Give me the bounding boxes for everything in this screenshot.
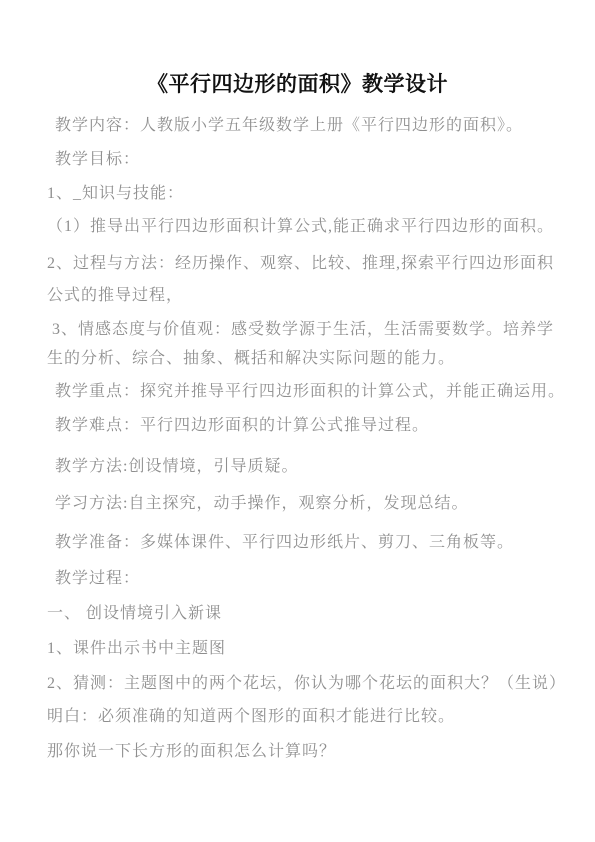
doc-line-goal3-part2: 生的分析、综合、抽象、概括和解决实际问题的能力。 — [47, 348, 565, 370]
doc-line-goal2-part2: 公式的推导过程， — [47, 285, 565, 307]
doc-line-teaching-method: 教学方法:创设情境，引导质疑。 — [47, 456, 565, 478]
doc-line-step1: 1、课件出示书中主题图 — [47, 638, 565, 660]
doc-line-key-point: 教学重点：探究并推导平行四边形面积的计算公式，并能正确运用。 — [47, 381, 565, 403]
doc-line-clarify: 明白：必须准确的知道两个图形的面积才能进行比较。 — [47, 706, 565, 728]
doc-line-question: 那你说一下长方形的面积怎么计算吗？ — [47, 741, 565, 763]
doc-line-teaching-content: 教学内容：人教版小学五年级数学上册《平行四边形的面积》。 — [47, 115, 565, 137]
doc-line-step2: 2、猜测：主题图中的两个花坛，你认为哪个花坛的面积大？（生说） — [47, 673, 565, 695]
doc-line-preparation: 教学准备：多媒体课件、平行四边形纸片、剪刀、三角板等。 — [47, 532, 565, 554]
doc-line-process-heading: 教学过程： — [47, 568, 565, 590]
page-title: 《平行四边形的面积》教学设计 — [30, 70, 565, 100]
document-page: 《平行四边形的面积》教学设计 教学内容：人教版小学五年级数学上册《平行四边形的面… — [0, 0, 595, 842]
doc-line-goal1-heading: 1、_知识与技能： — [47, 183, 565, 205]
doc-line-difficulty: 教学难点：平行四边形面积的计算公式推导过程。 — [47, 415, 565, 437]
doc-line-learning-method: 学习方法:自主探究，动手操作，观察分析，发现总结。 — [47, 493, 565, 515]
doc-line-section1-heading: 一、 创设情境引入新课 — [47, 603, 565, 625]
doc-line-goal2-part1: 2、过程与方法：经历操作、观察、比较、推理,探索平行四边形面积 — [47, 253, 565, 275]
doc-line-teaching-goals-heading: 教学目标： — [47, 149, 565, 171]
doc-line-goal3-part1: 3、情感态度与价值观：感受数学源于生活，生活需要数学。培养学 — [47, 319, 565, 341]
doc-line-goal1-item: （1）推导出平行四边形面积计算公式,能正确求平行四边形的面积。 — [47, 216, 565, 238]
